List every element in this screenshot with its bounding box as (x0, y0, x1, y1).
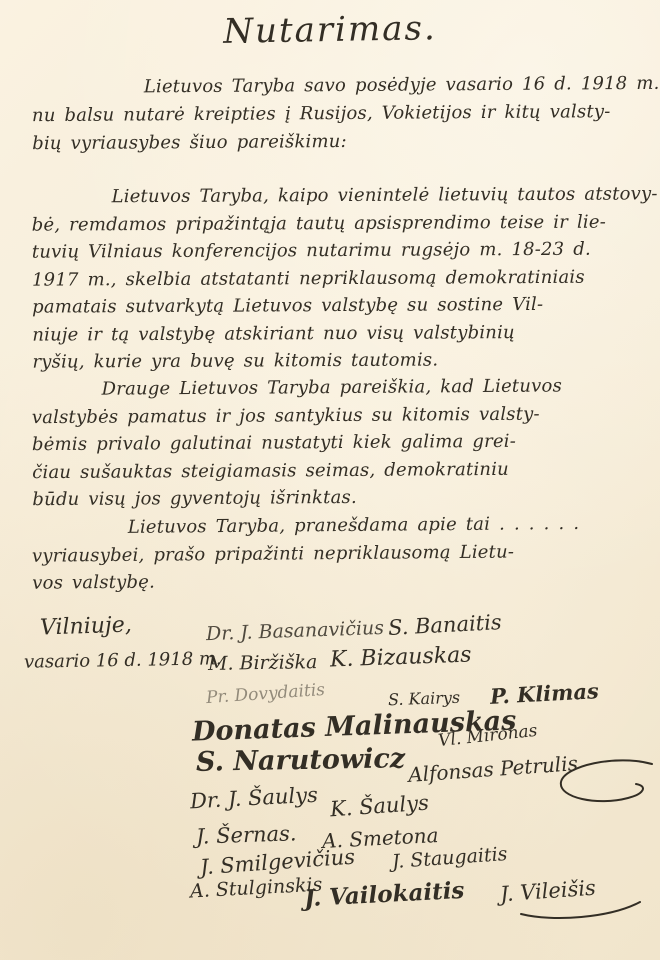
signature-smilgevicius: J. Smilgevičius (199, 845, 355, 880)
signature-klimas: P. Klimas (489, 678, 599, 709)
paragraph-intro: Lietuvos Taryba savo posėdyje vasario 16… (32, 70, 653, 158)
text-line: pamatais sutvarkytą Lietuvos valstybę su… (32, 290, 652, 321)
text-line: nu balsu nutarė kreipties į Rusijos, Vok… (32, 98, 652, 130)
paragraph-appeal: Lietuvos Taryba, pranešdama apie tai . .… (32, 509, 653, 597)
signature-vailokaitis: J. Vailokaitis (303, 877, 465, 912)
dateline-place: Vilniuje, (40, 612, 133, 640)
text-line: vos valstybę. (32, 564, 652, 597)
text-line: būdu visų jos gyventojų išrinktas. (32, 482, 652, 514)
signature-petrulis: Alfonsas Petrulis (407, 751, 578, 787)
dateline-date: vasario 16 d. 1918 m. (24, 648, 222, 672)
text-line: čiau sušauktas steigiamasis seimas, demo… (32, 454, 652, 486)
text-line: niuje ir tą valstybę atskiriant nuo visų… (32, 318, 652, 349)
signature-bizauskas: K. Bizauskas (330, 643, 472, 673)
paragraph-declaration: Lietuvos Taryba, kaipo vienintelė lietuv… (32, 180, 653, 376)
signature-narutowicz: S. Narutowicz (196, 743, 406, 778)
paragraph-seimas: Drauge Lietuvos Taryba pareiškia, kad Li… (32, 372, 653, 514)
signature-birziska: M. Biržiška (208, 651, 318, 675)
text-line: 1917 m., skelbia atstatanti nepriklausom… (32, 263, 652, 294)
signature-banaitis: S. Banaitis (387, 610, 502, 640)
signature-flourish-icon (518, 898, 644, 922)
document-page: Nutarimas. Lietuvos Taryba savo posėdyje… (0, 0, 660, 960)
signature-sernas: J. Šernas. (196, 821, 297, 848)
signature-kairys: S. Kairys (388, 688, 461, 710)
text-line: valstybės pamatus ir jos santykius su ki… (32, 399, 652, 431)
text-line: Lietuvos Taryba, pranešdama apie tai . .… (32, 509, 652, 542)
signature-basanavicius: Dr. J. Basanavičius (206, 617, 385, 645)
text-line: bių vyriausybes šiuo pareiškimu: (32, 126, 652, 158)
text-line: tuvių Vilniaus konferencijos nutarimu ru… (32, 235, 652, 266)
text-line: Lietuvos Taryba, kaipo vienintelė lietuv… (32, 180, 652, 211)
signature-saulys-j: Dr. J. Šaulys (189, 783, 318, 814)
text-line: bėmis privalo galutinai nustatyti kiek g… (32, 427, 652, 459)
signature-flourish-icon (556, 754, 656, 810)
signature-saulys-k: K. Šaulys (329, 791, 429, 822)
signature-dovydaitis: Pr. Dovydaitis (205, 680, 325, 708)
text-line: Drauge Lietuvos Taryba pareiškia, kad Li… (32, 372, 652, 404)
text-line: bė, remdamos pripažintąja tautų apsispre… (32, 208, 652, 239)
document-title: Nutarimas. (0, 4, 660, 56)
text-line: Lietuvos Taryba savo posėdyje vasario 16… (32, 70, 652, 102)
